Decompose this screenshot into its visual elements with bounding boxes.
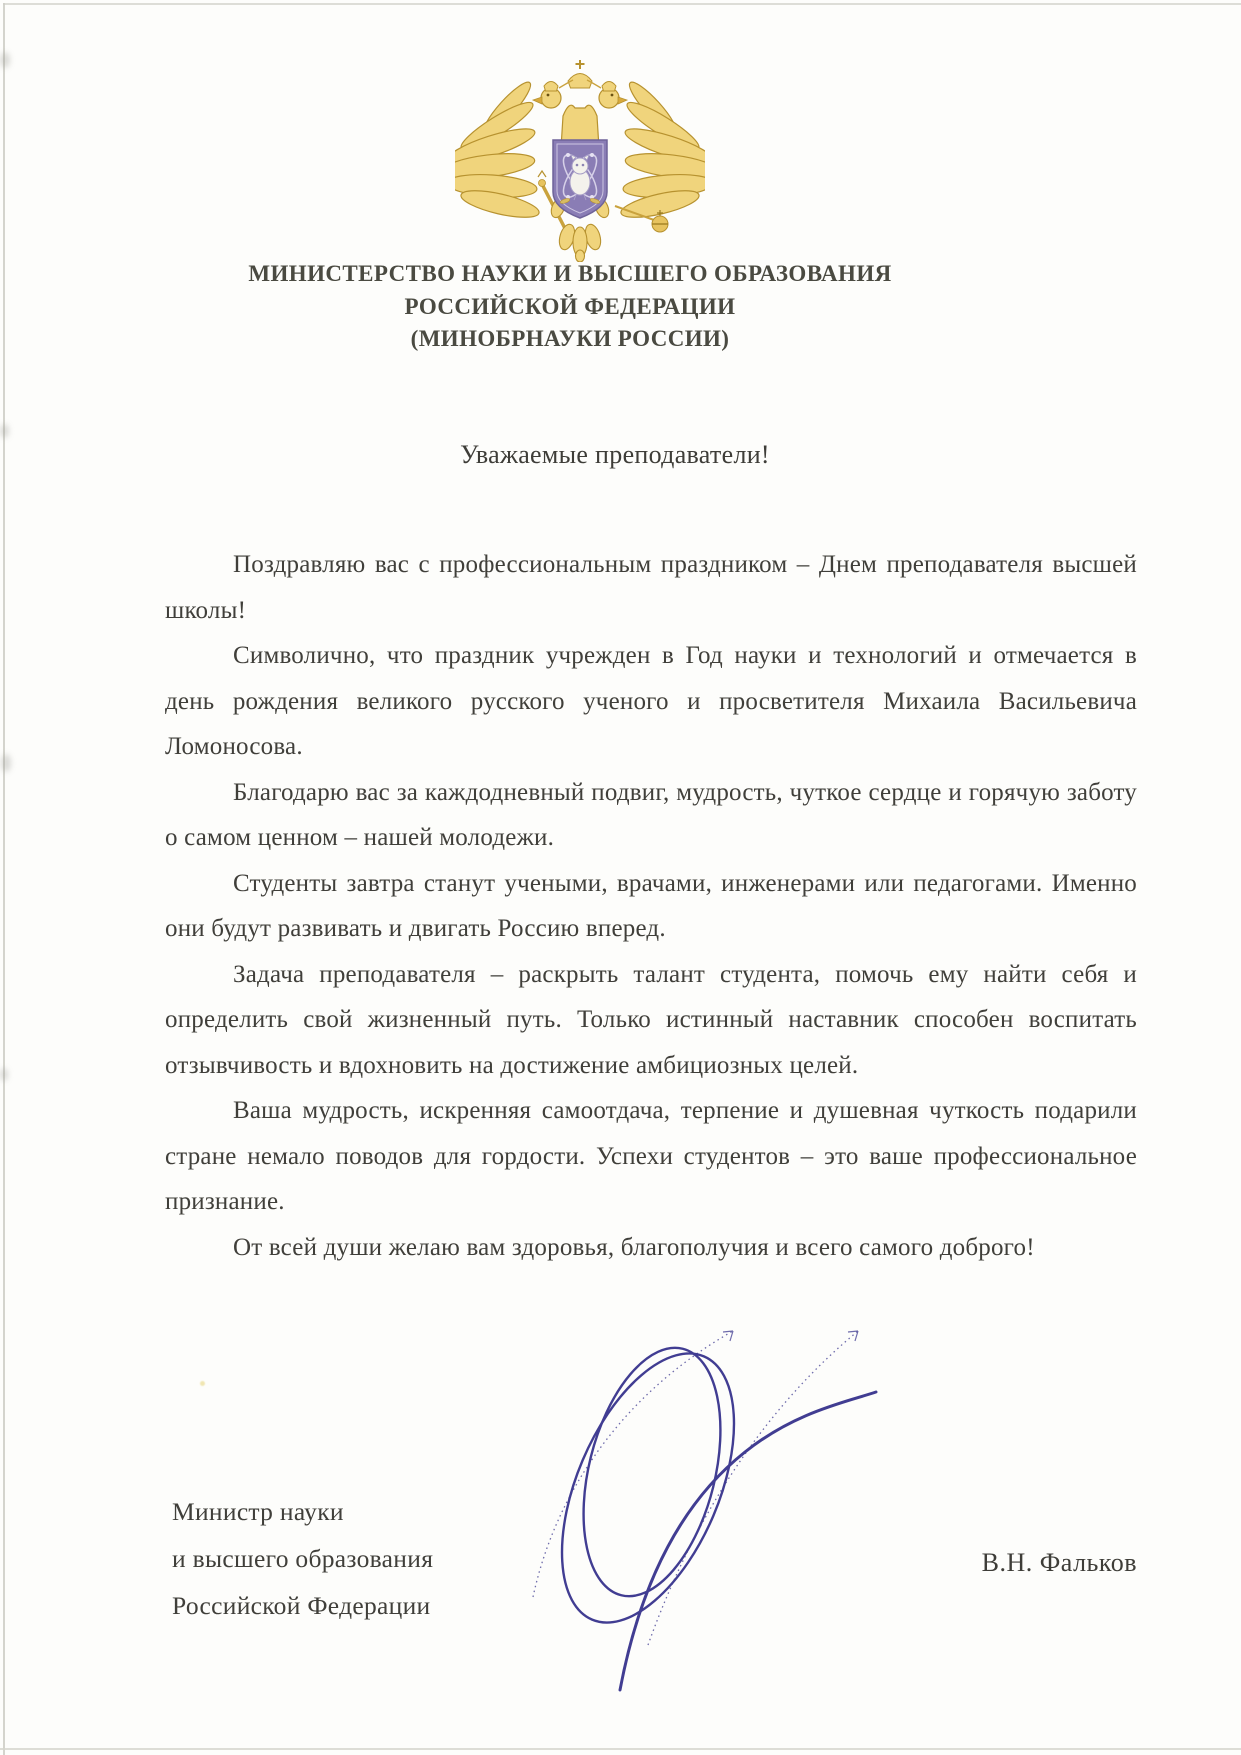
scanned-letter-page: { "document_type": "official-congratulat…	[0, 0, 1241, 1755]
scan-smudge	[0, 1068, 8, 1081]
paragraph: Символично, что праздник учрежден в Год …	[165, 633, 1137, 770]
letterhead-line-2: РОССИЙСКОЙ ФЕДЕРАЦИИ	[190, 291, 950, 324]
scan-edge-left	[3, 3, 5, 1755]
letterhead: МИНИСТЕРСТВО НАУКИ И ВЫСШЕГО ОБРАЗОВАНИЯ…	[190, 258, 950, 356]
signature-position-title: Министр науки и высшего образования Росс…	[172, 1488, 433, 1629]
signature-position-line-1: Министр науки	[172, 1488, 433, 1535]
scan-smudge	[1, 754, 11, 772]
scan-smudge	[0, 424, 9, 438]
paragraph: Благодарю вас за каждодневный подвиг, му…	[165, 770, 1137, 861]
signature-position-line-2: и высшего образования	[172, 1535, 433, 1582]
signer-name: В.Н. Фальков	[982, 1548, 1137, 1578]
handwritten-signature	[440, 1180, 920, 1740]
scan-edge-bottom	[0, 1748, 1241, 1750]
letter-body: Поздравляю вас с профессиональным праздн…	[165, 542, 1137, 1270]
paragraph: Задача преподавателя – раскрыть талант с…	[165, 952, 1137, 1089]
paragraph: Поздравляю вас с профессиональным праздн…	[165, 542, 1137, 633]
letterhead-line-3: (МИНОБРНАУКИ РОССИИ)	[190, 323, 950, 356]
paragraph: Студенты завтра станут учеными, врачами,…	[165, 861, 1137, 952]
signature-position-line-3: Российской Федерации	[172, 1582, 433, 1629]
salutation: Уважаемые преподаватели!	[165, 440, 1065, 470]
russia-science-ministry-emblem-icon	[455, 56, 705, 262]
scan-speck	[200, 1381, 205, 1386]
scan-edge-top	[3, 3, 1241, 5]
scan-smudge	[0, 52, 10, 68]
letterhead-line-1: МИНИСТЕРСТВО НАУКИ И ВЫСШЕГО ОБРАЗОВАНИЯ	[190, 258, 950, 291]
